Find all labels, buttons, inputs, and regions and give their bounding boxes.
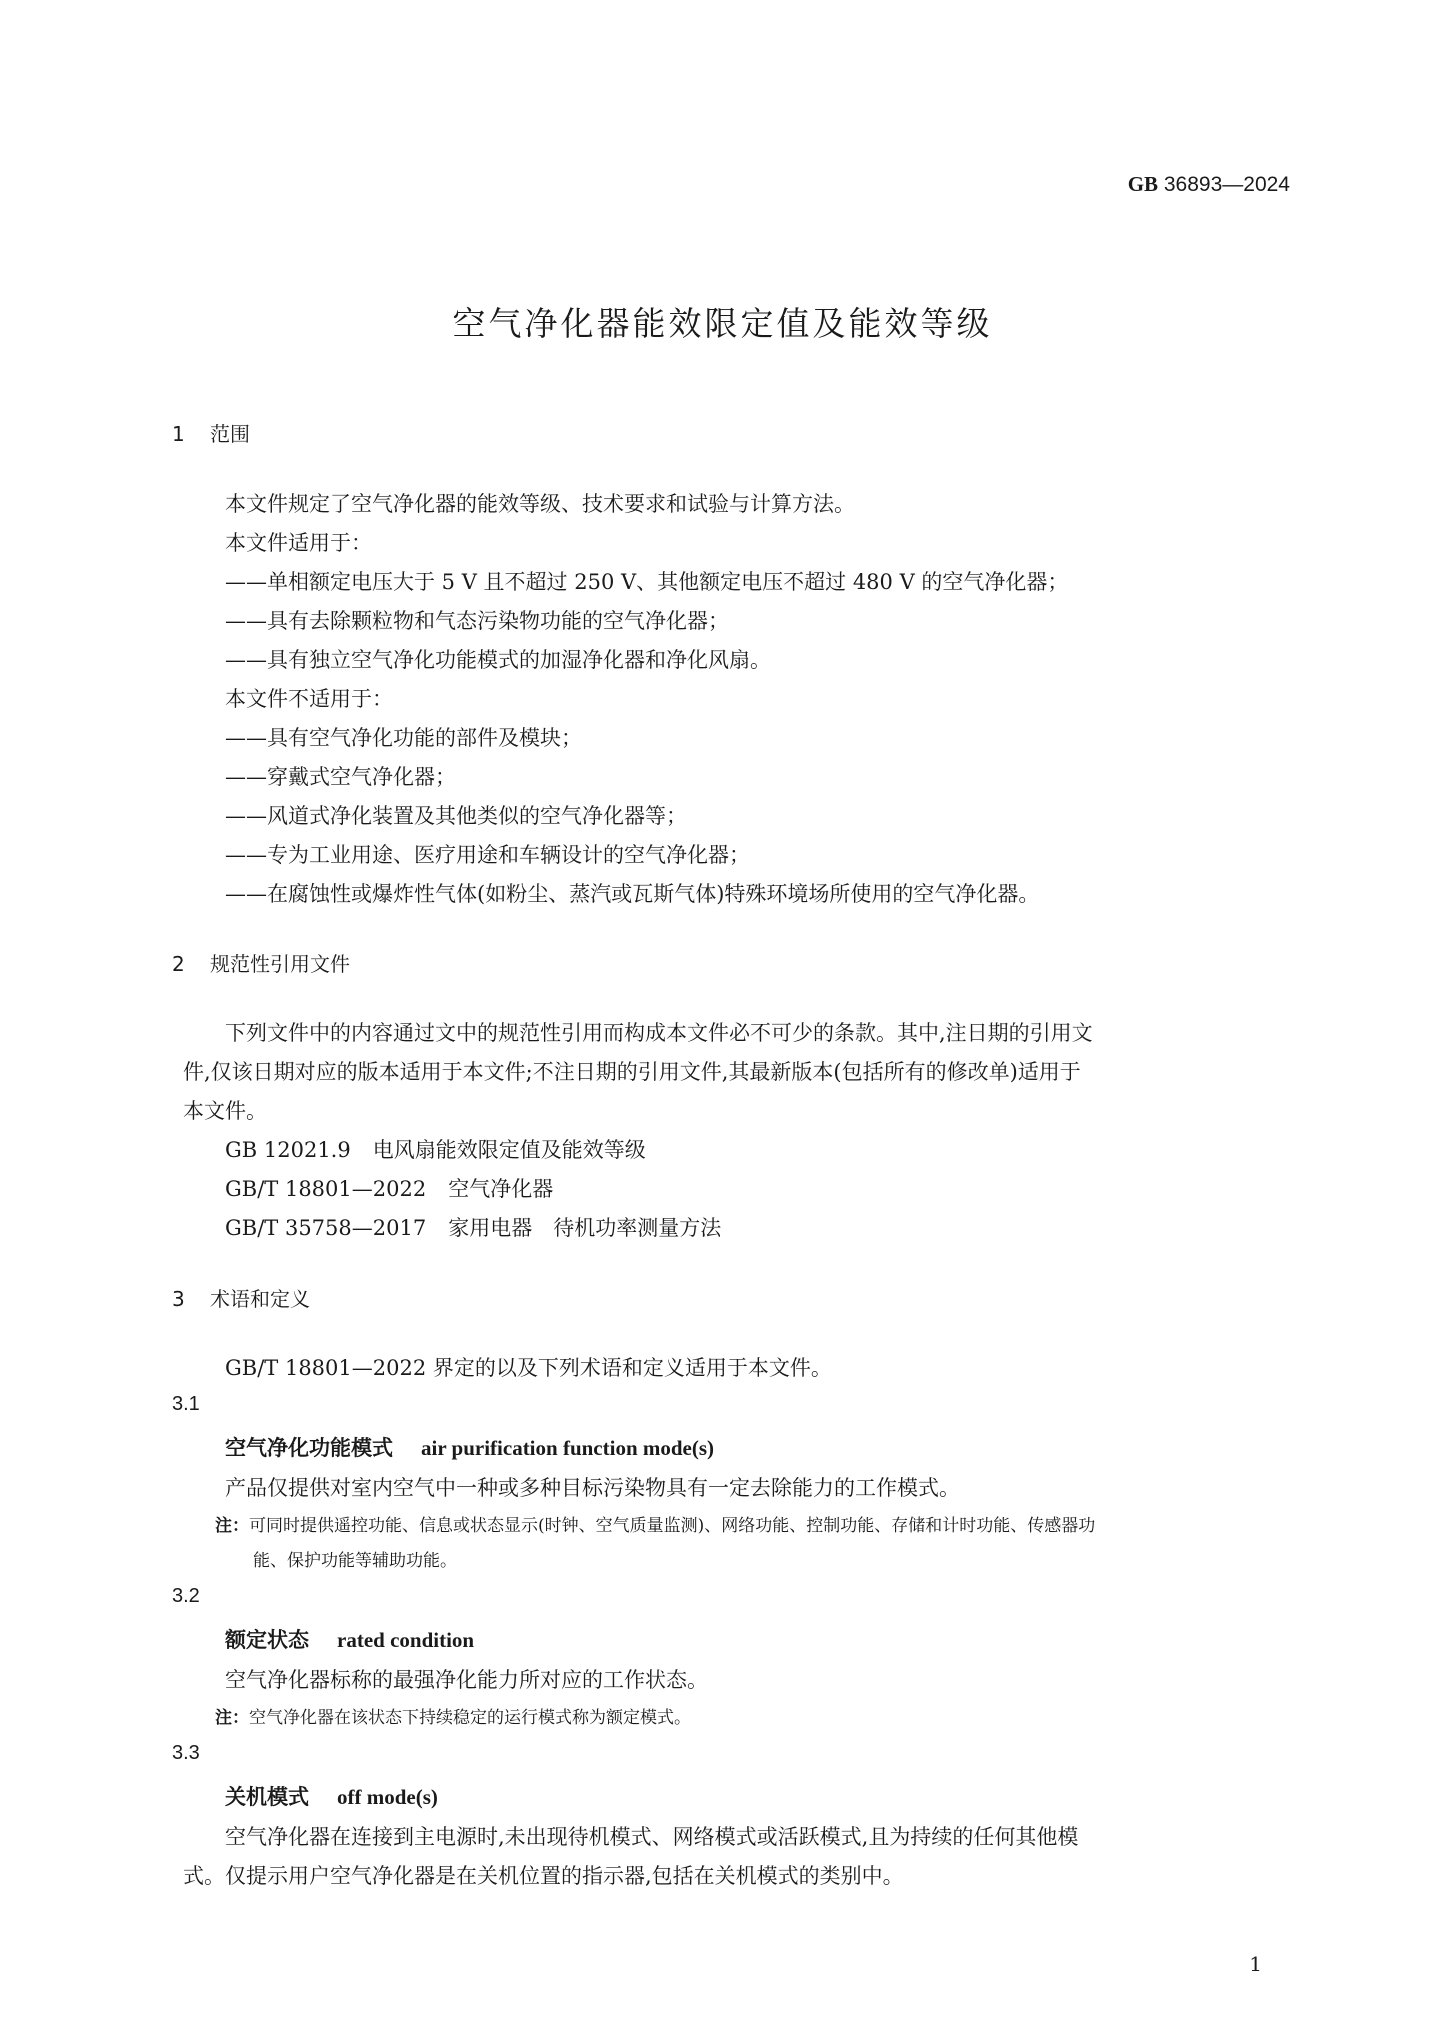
scope-list-item: ——穿戴式空气净化器； — [225, 761, 456, 791]
term-note: 注：空气净化器在该状态下持续稳定的运行模式称为额定模式。 — [215, 1703, 691, 1728]
scope-list-item: ——在腐蚀性或爆炸性气体(如粉尘、蒸汽或瓦斯气体)特殊环境场所使用的空气净化器。 — [225, 878, 1039, 908]
scope-list-item: ——具有去除颗粒物和气态污染物功能的空气净化器； — [225, 605, 729, 635]
term-definition-continuation: 式。仅提示用户空气净化器是在关机位置的指示器,包括在关机模式的类别中。 — [183, 1860, 904, 1890]
clause-number: 3.2 — [172, 1585, 200, 1608]
normative-intro-line: 件,仅该日期对应的版本适用于本文件;不注日期的引用文件,其最新版本(包括所有的修… — [183, 1056, 1081, 1086]
term-heading: 额定状态rated condition — [225, 1624, 474, 1654]
normative-intro-line: 本文件。 — [183, 1095, 267, 1125]
term-definition: 产品仅提供对室内空气中一种或多种目标污染物具有一定去除能力的工作模式。 — [225, 1472, 960, 1502]
reference-item: GB 12021.9电风扇能效限定值及能效等级 — [225, 1134, 646, 1164]
clause-number: 3.3 — [172, 1742, 200, 1765]
scope-line: 本文件规定了空气净化器的能效等级、技术要求和试验与计算方法。 — [225, 488, 855, 518]
document-title: 空气净化器能效限定值及能效等级 — [0, 298, 1445, 345]
reference-item: GB/T 35758—2017家用电器 待机功率测量方法 — [225, 1212, 721, 1242]
scope-list-item: ——专为工业用途、医疗用途和车辆设计的空气净化器； — [225, 839, 750, 869]
terms-intro: GB/T 18801—2022 界定的以及下列术语和定义适用于本文件。 — [225, 1352, 832, 1382]
term-definition: 空气净化器标称的最强净化能力所对应的工作状态。 — [225, 1664, 708, 1694]
scope-list-item: ——具有空气净化功能的部件及模块； — [225, 722, 582, 752]
term-heading: 空气净化功能模式air purification function mode(s… — [225, 1432, 714, 1462]
standard-number: GB 36893—2024 — [1128, 172, 1290, 197]
term-note: 注：可同时提供遥控功能、信息或状态显示(时钟、空气质量监测)、网络功能、控制功能… — [215, 1511, 1095, 1536]
clause-number: 3.1 — [172, 1393, 200, 1416]
term-heading: 关机模式off mode(s) — [225, 1781, 438, 1811]
scope-list-item: ——单相额定电压大于 5 V 且不超过 250 V、其他额定电压不超过 480 … — [225, 566, 1068, 596]
reference-item: GB/T 18801—2022空气净化器 — [225, 1173, 553, 1203]
scope-line: 本文件不适用于： — [225, 683, 393, 713]
section-heading-scope: 1范围 — [172, 418, 250, 447]
section-heading-terms: 3术语和定义 — [172, 1283, 310, 1312]
scope-list-item: ——具有独立空气净化功能模式的加湿净化器和净化风扇。 — [225, 644, 771, 674]
term-definition: 空气净化器在连接到主电源时,未出现待机模式、网络模式或活跃模式,且为持续的任何其… — [225, 1821, 1078, 1851]
normative-intro-line: 下列文件中的内容通过文中的规范性引用而构成本文件必不可少的条款。其中,注日期的引… — [225, 1017, 1093, 1047]
section-heading-normative-references: 2规范性引用文件 — [172, 948, 350, 977]
page-number: 1 — [1249, 1952, 1262, 1976]
scope-list-item: ——风道式净化装置及其他类似的空气净化器等； — [225, 800, 687, 830]
scope-line: 本文件适用于： — [225, 527, 372, 557]
term-note-continuation: 能、保护功能等辅助功能。 — [253, 1546, 457, 1571]
